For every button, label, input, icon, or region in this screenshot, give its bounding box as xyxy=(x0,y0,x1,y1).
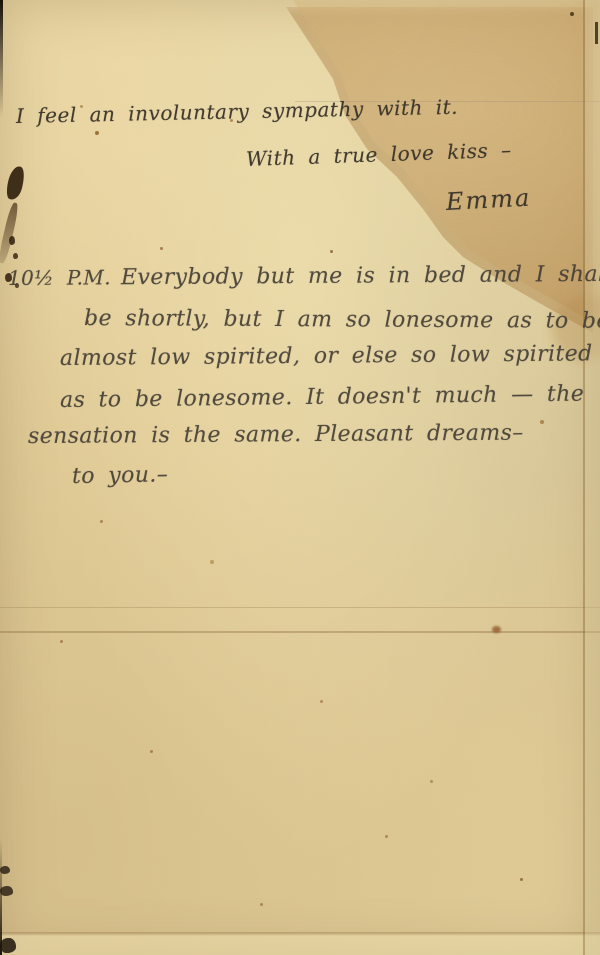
postscript-line-1: 10½ P.M.Everybody but me is in bed and I… xyxy=(8,262,600,291)
page-edge-left-top xyxy=(0,0,3,118)
crease-line-middle xyxy=(0,607,600,608)
ink-blot-dot xyxy=(9,236,15,245)
foxing-speck xyxy=(210,560,214,564)
ink-blot-dot xyxy=(13,253,18,259)
foxing-speck xyxy=(320,700,323,703)
postscript-line-6: to you.– xyxy=(72,462,169,489)
foxing-speck xyxy=(160,247,163,250)
foxing-speck xyxy=(100,520,103,523)
foxing-speck xyxy=(260,903,263,906)
foxing-speck xyxy=(430,780,433,783)
page-edge-right-line xyxy=(583,0,585,955)
foxing-speck xyxy=(60,640,63,643)
foxing-speck xyxy=(150,750,153,753)
letter-scan-page: I feel an involuntary sympathy with it. … xyxy=(0,0,600,955)
foxing-speck xyxy=(385,835,388,838)
under-sheet-edge xyxy=(0,932,600,955)
postscript-line-2: be shortly, but I am so lonesome as to b… xyxy=(84,306,600,334)
signature: Emma xyxy=(445,184,532,216)
edge-smudge xyxy=(0,938,16,953)
foxing-speck xyxy=(540,420,544,424)
crease-stain-spot xyxy=(492,626,501,633)
postscript-line-3: almost low spirited, or else so low spir… xyxy=(60,341,593,371)
postscript-line-4: as to be lonesome. It doesn't much — the xyxy=(60,382,584,413)
edge-smudge xyxy=(0,886,13,896)
page-edge-right-strip xyxy=(585,0,600,955)
foxing-speck xyxy=(520,878,523,881)
postscript-time-note: 10½ P.M. xyxy=(8,265,111,290)
foxing-speck xyxy=(570,12,574,16)
foxing-speck xyxy=(95,131,99,135)
page-edge-left-bottom xyxy=(0,838,2,955)
foxing-speck xyxy=(330,250,333,253)
page-edge-right-nick xyxy=(595,22,598,44)
edge-smudge xyxy=(0,866,10,874)
postscript-line-1-text: Everybody but me is in bed and I shall xyxy=(121,262,600,290)
ink-blot xyxy=(4,165,27,202)
postscript-line-5: sensation is the same. Pleasant dreams– xyxy=(28,421,524,449)
crease-line-fold xyxy=(0,631,600,633)
